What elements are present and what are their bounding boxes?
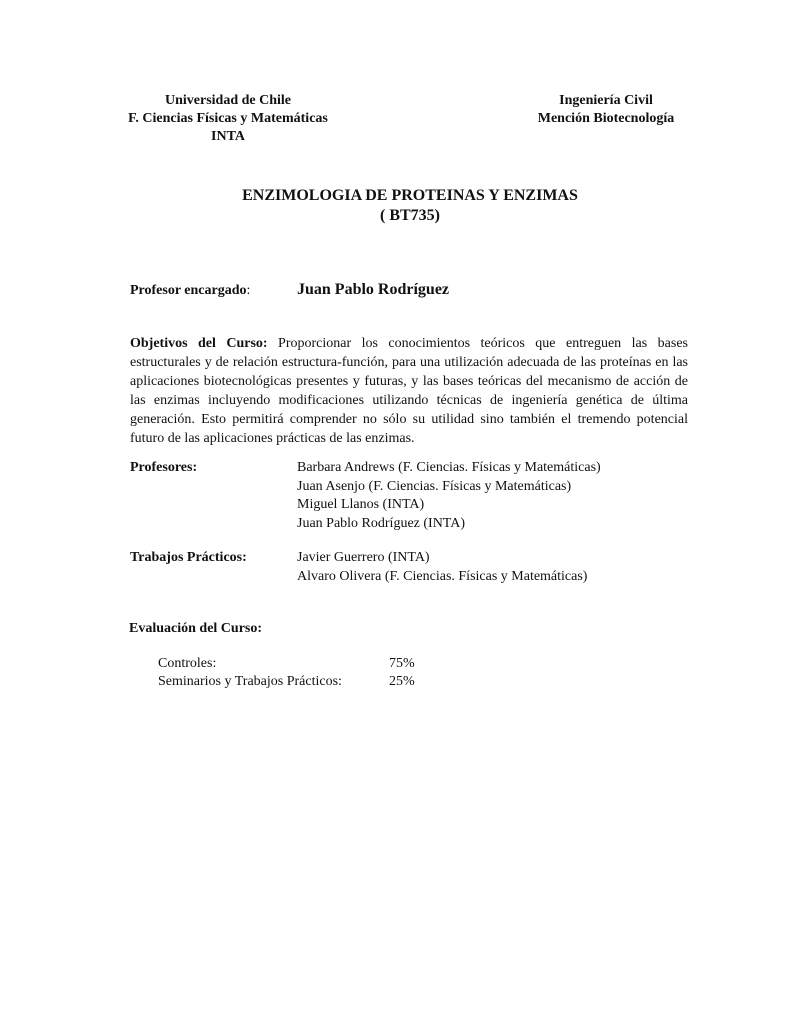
evaluation-item-value: 25% <box>389 674 415 690</box>
evaluation-item-name: Seminarios y Trabajos Prácticos: <box>158 674 342 690</box>
university-name: Universidad de Chile <box>100 92 356 110</box>
evaluation-label: Evaluación del Curso: <box>129 621 262 637</box>
list-item: Javier Guerrero (INTA) <box>297 549 587 568</box>
program-specialization: Mención Biotecnología <box>518 110 694 128</box>
course-title: ENZIMOLOGIA DE PROTEINAS Y ENZIMAS ( BT7… <box>100 186 720 226</box>
objectives-label: Objetivos del Curso: <box>130 336 268 351</box>
list-item: Barbara Andrews (F. Ciencias. Físicas y … <box>297 459 601 478</box>
faculty-name: F. Ciencias Físicas y Matemáticas <box>100 110 356 128</box>
program-header: Ingeniería Civil Mención Biotecnología <box>518 92 694 128</box>
practicals-label: Trabajos Prácticos: <box>130 550 247 566</box>
list-item: Alvaro Olivera (F. Ciencias. Físicas y M… <box>297 568 587 587</box>
evaluation-item-name: Controles: <box>158 656 216 672</box>
professors-list: Barbara Andrews (F. Ciencias. Físicas y … <box>297 459 601 533</box>
list-item: Miguel Llanos (INTA) <box>297 496 601 515</box>
professors-label: Profesores: <box>130 460 197 476</box>
program-name: Ingeniería Civil <box>518 92 694 110</box>
course-objectives: Objetivos del Curso: Proporcionar los co… <box>130 334 688 448</box>
institution-header: Universidad de Chile F. Ciencias Físicas… <box>100 92 356 146</box>
evaluation-item-value: 75% <box>389 656 415 672</box>
objectives-text: Proporcionar los conocimientos teóricos … <box>130 336 688 446</box>
list-item: Juan Asenjo (F. Ciencias. Físicas y Mate… <box>297 478 601 497</box>
list-item: Juan Pablo Rodríguez (INTA) <box>297 515 601 534</box>
practicals-list: Javier Guerrero (INTA) Alvaro Olivera (F… <box>297 549 587 586</box>
course-title-name: ENZIMOLOGIA DE PROTEINAS Y ENZIMAS <box>100 186 720 206</box>
course-code: ( BT735) <box>100 206 720 226</box>
professor-in-charge-label: Profesor encargado: <box>130 283 250 299</box>
professor-in-charge-name: Juan Pablo Rodríguez <box>297 281 449 299</box>
institute-name: INTA <box>100 128 356 146</box>
